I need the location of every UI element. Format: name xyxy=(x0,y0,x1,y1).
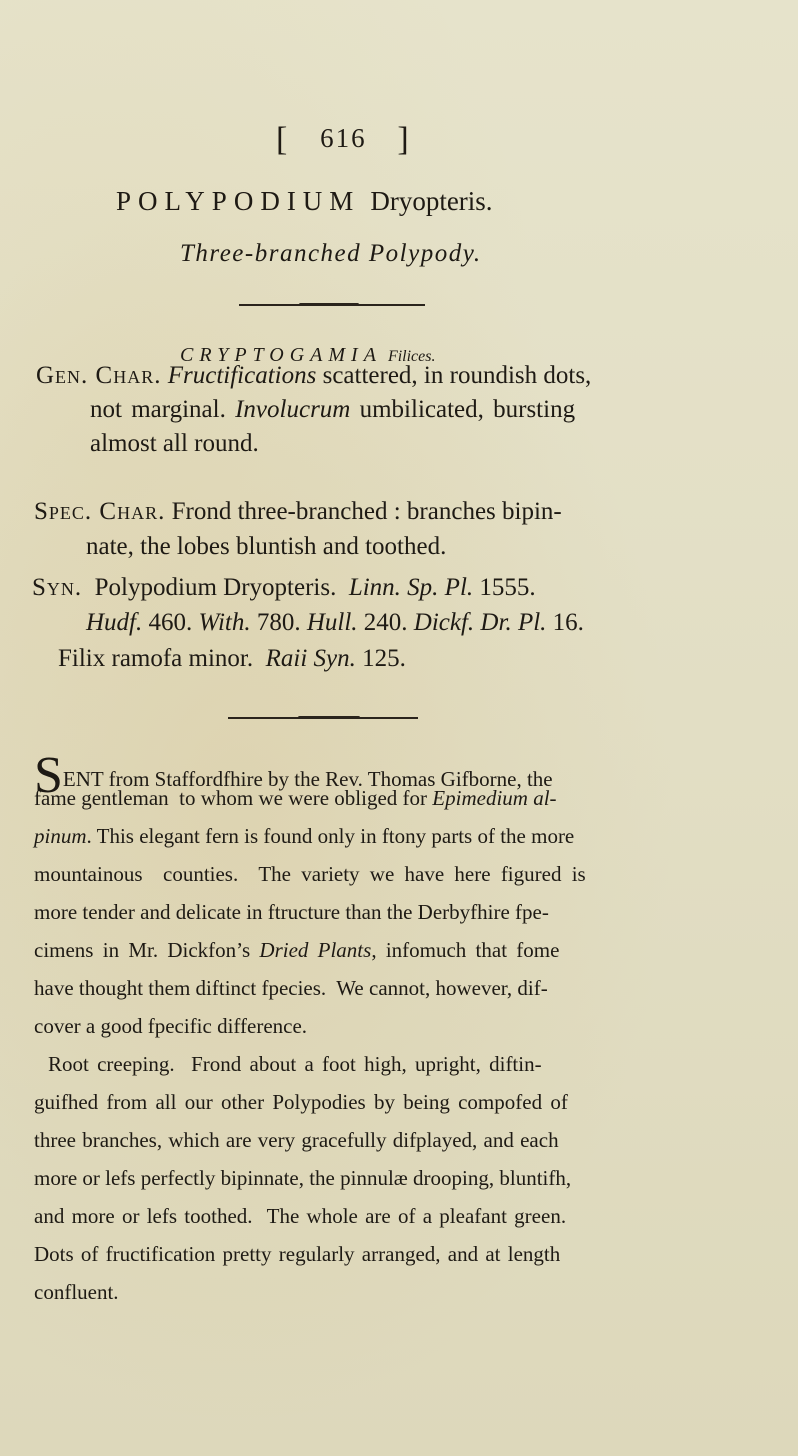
page-number: [ 616 ] xyxy=(276,118,411,156)
ornamental-rule xyxy=(239,304,425,306)
body-line: fame gentleman to whom we were obliged f… xyxy=(34,786,557,811)
page-number-value: 616 xyxy=(320,123,367,153)
specific-character-line: nate, the lobes bluntish and toothed. xyxy=(86,533,446,561)
ornamental-rule xyxy=(228,717,418,719)
gen-char-text: not marginal. xyxy=(90,396,235,423)
syn-reference: Hull. xyxy=(307,609,358,636)
syn-page-number: 240. xyxy=(358,609,414,636)
generic-character-line: not marginal. Involucrum umbilicated, bu… xyxy=(90,396,575,424)
body-line: Dots of fructification pretty regularly … xyxy=(34,1242,560,1267)
syn-text: Polypodium Dryopteris. xyxy=(82,574,349,601)
syn-text: Filix ramofa minor. xyxy=(58,645,266,672)
body-line: cimens in Mr. Dickfon’s Dried Plants, in… xyxy=(34,938,559,963)
body-text: , infomuch that fome xyxy=(371,938,559,962)
body-line: have thought them diftinct fpecies. We c… xyxy=(34,976,548,1001)
gen-char-text: scattered, in roundish dots, xyxy=(316,362,591,389)
genus-name: POLYPODIUM xyxy=(116,186,360,216)
generic-character-line: Gen. Char. Fructifications scattered, in… xyxy=(36,362,591,390)
body-italic: pinum xyxy=(34,824,87,848)
syn-page-number: 16. xyxy=(546,609,584,636)
species-title: POLYPODIUMDryopteris. xyxy=(116,186,493,217)
body-line: more tender and delicate in ftructure th… xyxy=(34,900,549,925)
book-page: [ 616 ] POLYPODIUMDryopteris. Three-bran… xyxy=(0,0,798,1456)
term-fructifications: Fructifications xyxy=(168,362,317,389)
body-italic: Dried Plants xyxy=(259,938,371,962)
syn-reference: Hudf. xyxy=(86,609,142,636)
syn-page-number: 125. xyxy=(356,645,406,672)
body-line: three branches, which are very gracefull… xyxy=(34,1128,559,1153)
syn-reference: Dickf. Dr. Pl. xyxy=(414,609,547,636)
syn-reference: Linn. Sp. Pl. xyxy=(349,574,473,601)
specific-character-line: Spec. Char. Frond three-branched : branc… xyxy=(34,498,562,526)
generic-character-line: almost all round. xyxy=(90,430,259,458)
gen-char-label: Gen. Char. xyxy=(36,362,161,389)
syn-reference: With. xyxy=(199,609,251,636)
body-text: cimens in Mr. Dickfon’s xyxy=(34,938,259,962)
bracket-close: ] xyxy=(397,121,410,158)
bracket-open: [ xyxy=(276,121,289,158)
body-line: cover a good fpecific difference. xyxy=(34,1014,307,1039)
body-italic: Epimedium al- xyxy=(432,786,556,810)
syn-reference: Raii Syn. xyxy=(266,645,356,672)
body-line: and more or lefs toothed. The whole are … xyxy=(34,1204,566,1229)
spec-char-text: Frond three-branched : branches bipin- xyxy=(165,498,561,525)
syn-page-number: 1555. xyxy=(473,574,536,601)
body-line: Root creeping. Frond about a foot high, … xyxy=(48,1052,542,1077)
body-line: confluent. xyxy=(34,1280,119,1305)
syn-page-number: 780. xyxy=(251,609,307,636)
synonymy-line: Filix ramofa minor. Raii Syn. 125. xyxy=(58,645,406,673)
species-name: Dryopteris. xyxy=(370,186,492,216)
syn-page-number: 460. xyxy=(142,609,198,636)
term-involucrum: Involucrum xyxy=(235,396,350,423)
body-text: . This elegant fern is found only in fto… xyxy=(87,824,575,848)
gen-char-text: umbilicated, bursting xyxy=(350,396,575,423)
spec-char-label: Spec. Char. xyxy=(34,498,165,525)
common-name: Three-branched Polypody. xyxy=(180,240,482,268)
body-line: more or lefs perfectly bipinnate, the pi… xyxy=(34,1166,571,1191)
body-line: pinum. This elegant fern is found only i… xyxy=(34,824,574,849)
body-text: fame gentleman to whom we were obliged f… xyxy=(34,786,432,810)
synonymy-line: Syn. Polypodium Dryopteris. Linn. Sp. Pl… xyxy=(32,574,536,602)
synonymy-line: Hudf. 460. With. 780. Hull. 240. Dickf. … xyxy=(86,609,584,637)
body-line: mountainous counties. The variety we hav… xyxy=(34,862,586,887)
syn-label: Syn. xyxy=(32,574,82,601)
body-line: guifhed from all our other Polypodies by… xyxy=(34,1090,568,1115)
